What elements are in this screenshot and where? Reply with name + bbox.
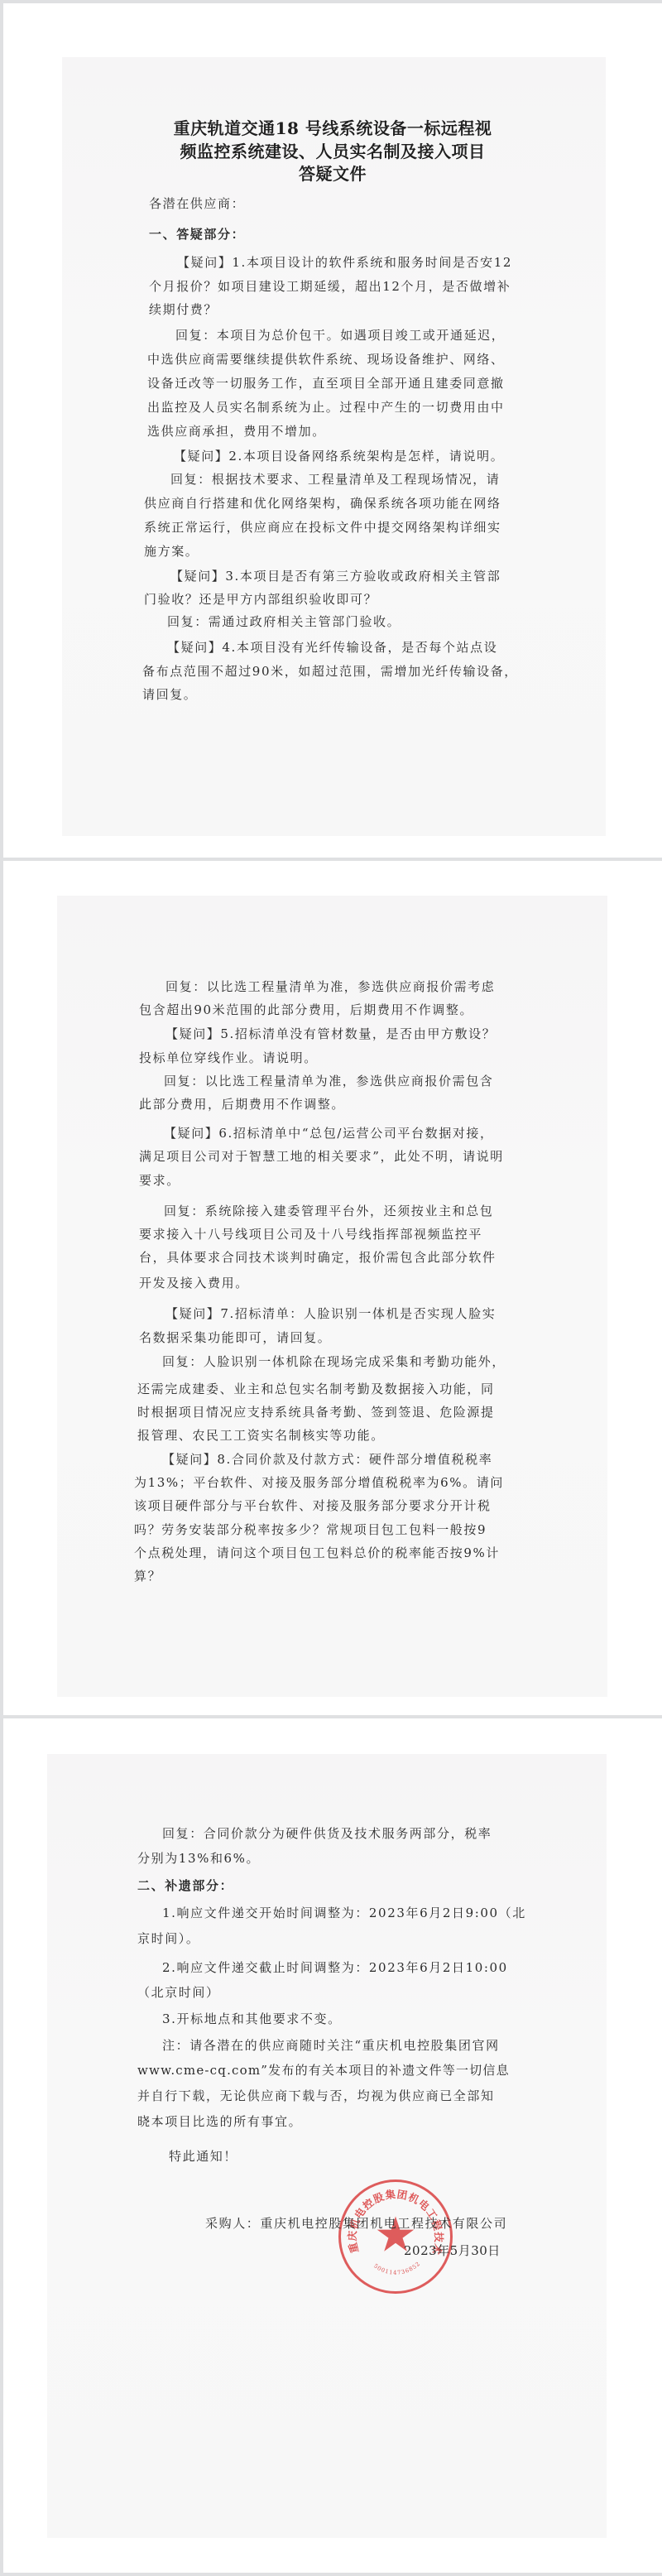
question-8-line-5: 个点税处理，请问这个项目包工包料总价的税率能否按9%计 [134,1545,500,1560]
scanned-image-page-3 [47,1754,607,2538]
answer-5-line-2: 此部分费用，后期费用不作调整。 [139,1097,345,1112]
question-6-line-1: 【疑问】6.招标清单中“总包/运营公司平台数据对接， [164,1126,494,1141]
closing-notice: 特此通知！ [169,2149,237,2164]
question-7-line-1: 【疑问】7.招标清单：人脸识别一体机是否实现人脸实 [165,1306,496,1321]
question-6-line-2: 满足项目公司对于智慧工地的相关要求”，此处不明，请说明 [139,1149,504,1164]
note-line-4: 晓本项目比选的所有事宜。 [137,2114,302,2129]
note-line-1: 注：请各潜在的供应商随时关注“重庆机电控股集团官网 [162,2038,500,2053]
answer-6-line-2: 要求接入十八号线项目公司及十八号线指挥部视频监控平 [139,1227,482,1242]
addendum-item-3: 3.开标地点和其他要求不变。 [162,2011,342,2026]
answer-7-line-1: 回复：人脸识别一体机除在现场完成采集和考勤功能外， [162,1354,506,1369]
note-line-3: 并自行下载，无论供应商下载与否，均视为供应商已全部知 [137,2088,495,2103]
question-6-line-3: 要求。 [139,1173,180,1188]
answer-4-line-1: 回复：以比选工程量清单为准，参选供应商报价需考虑 [165,979,495,994]
answer-6-line-3: 台，具体要求合同技术谈判时确定，报价需包含此部分软件 [139,1250,496,1265]
document-title-line-3: 答疑文件 [3,163,662,185]
addendum-item-2-line-1: 2.响应文件递交截止时间调整为：2023年6月2日10:00 [162,1960,508,1975]
section-heading-qa: 一、答疑部分： [149,227,245,242]
question-3-line-2: 门验收？还是甲方内部组织验收即可？ [144,592,377,607]
answer-1-line-1: 回复：本项目为总价包干。如遇项目竣工或开通延迟， [175,328,505,343]
note-line-2: www.cme-cq.com”发布的有关本项目的补遗文件等一切信息 [137,2063,510,2078]
question-1-line-1: 【疑问】1.本项目设计的软件系统和服务时间是否安12 [177,255,512,270]
addendum-item-1-line-2: 京时间）。 [137,1931,200,1946]
signature-date: 2023年5月30日 [404,2243,501,2258]
document-page-3: 回复：合同价款分为硬件供货及技术服务两部分，税率 分别为13%和6%。 二、补遗… [3,1718,662,2573]
addendum-item-2-line-2: （北京时间） [137,1985,220,2000]
addendum-item-1-line-1: 1.响应文件递交开始时间调整为：2023年6月2日9:00（北 [162,1906,526,1920]
question-1-line-2: 个月报价？如项目建设工期延缓，超出12个月，是否做增补 [149,279,511,294]
answer-7-line-2: 还需完成建委、业主和总包实名制考勤及数据接入功能，同 [137,1382,495,1396]
answer-2-line-3: 系统正常运行，供应商应在投标文件中提交网络架构详细实 [144,520,501,535]
question-4-line-3: 请回复。 [142,687,197,702]
question-8-line-4: 吗？劳务安装部分税率按多少？常规项目包工包料一般按9 [134,1522,487,1537]
company-seal: 重庆机电控股集团机电工程技术有限公司 5001147368521 ★ [338,2180,453,2294]
question-8-line-6: 算？ [134,1569,161,1584]
question-8-line-1: 【疑问】8.合同价款及付款方式：硬件部分增值税税率 [162,1452,492,1467]
question-4-line-2: 备布点范围不超过90米，如超过范围，需增加光纤传输设备， [142,664,518,679]
document-page-1: 重庆轨道交通18 号线系统设备一标远程视 频监控系统建设、人员实名制及接入项目 … [3,3,662,858]
question-4-line-1: 【疑问】4.本项目没有光纤传输设备，是否每个站点设 [167,640,497,655]
answer-7-line-3: 时根据项目情况应支持系统具备考勤、签到签退、危险源提 [137,1405,495,1420]
salutation: 各潜在供应商： [149,196,245,211]
answer-1-line-3: 设备迁改等一切服务工作，直至项目全部开通且建委同意撤 [147,376,505,391]
answer-5-line-1: 回复：以比选工程量清单为准，参选供应商报价需包含 [164,1074,493,1089]
answer-6-line-4: 开发及接入费用。 [139,1276,249,1290]
answer-6-line-1: 回复：系统除接入建委管理平台外，还须按业主和总包 [164,1204,493,1218]
question-8-line-2: 为13%；平台软件、对接及服务部分增值税税率为6%。请问 [134,1475,504,1490]
question-2-line-1: 【疑问】2.本项目设备网络系统架构是怎样，请说明。 [174,449,504,464]
question-3-line-1: 【疑问】3.本项目是否有第三方验收或政府相关主管部 [170,569,501,584]
question-1-line-3: 续期付费？ [149,302,218,317]
answer-1-line-2: 中选供应商需要继续提供软件系统、现场设备维护、网络、 [147,352,505,367]
answer-1-line-4: 出监控及人员实名制系统为止。过程中产生的一切费用由中 [147,400,505,415]
document-page-2: 回复：以比选工程量清单为准，参选供应商报价需考虑 包含超出90米范围的此部分费用… [3,861,662,1715]
answer-7-line-4: 报管理、农民工工资实名制核实等功能。 [137,1428,385,1443]
purchaser-signature: 采购人：重庆机电控股集团机电工程技术有限公司 [205,2216,507,2231]
question-7-line-2: 名数据采集功能即可，请回复。 [139,1330,331,1345]
question-8-line-3: 该项目硬件部分与平台软件、对接及服务部分要求分开计税 [134,1498,492,1513]
document-title-line-2: 频监控系统建设、人员实名制及接入项目 [3,141,662,162]
section-heading-addendum: 二、补遗部分： [137,1878,233,1893]
answer-1-line-5: 选供应商承担，费用不增加。 [147,424,326,439]
question-5-line-2: 投标单位穿线作业。请说明。 [139,1050,318,1065]
answer-8-line-1: 回复：合同价款分为硬件供货及技术服务两部分，税率 [162,1826,492,1841]
answer-4-line-2: 包含超出90米范围的此部分费用，后期费用不作调整。 [139,1002,473,1017]
question-5-line-1: 【疑问】5.招标清单没有管材数量，是否由甲方敷设？ [165,1026,496,1041]
answer-2-line-4: 施方案。 [144,544,199,559]
answer-8-line-2: 分别为13%和6%。 [137,1851,260,1866]
answer-2-line-1: 回复：根据技术要求、工程量清单及工程现场情况，请 [170,472,500,487]
answer-2-line-2: 供应商自行搭建和优化网络架构，确保系统各项功能在网络 [144,496,501,511]
document-title-line-1: 重庆轨道交通18 号线系统设备一标远程视 [3,118,662,139]
answer-3-line-1: 回复：需通过政府相关主管部门验收。 [167,614,401,629]
